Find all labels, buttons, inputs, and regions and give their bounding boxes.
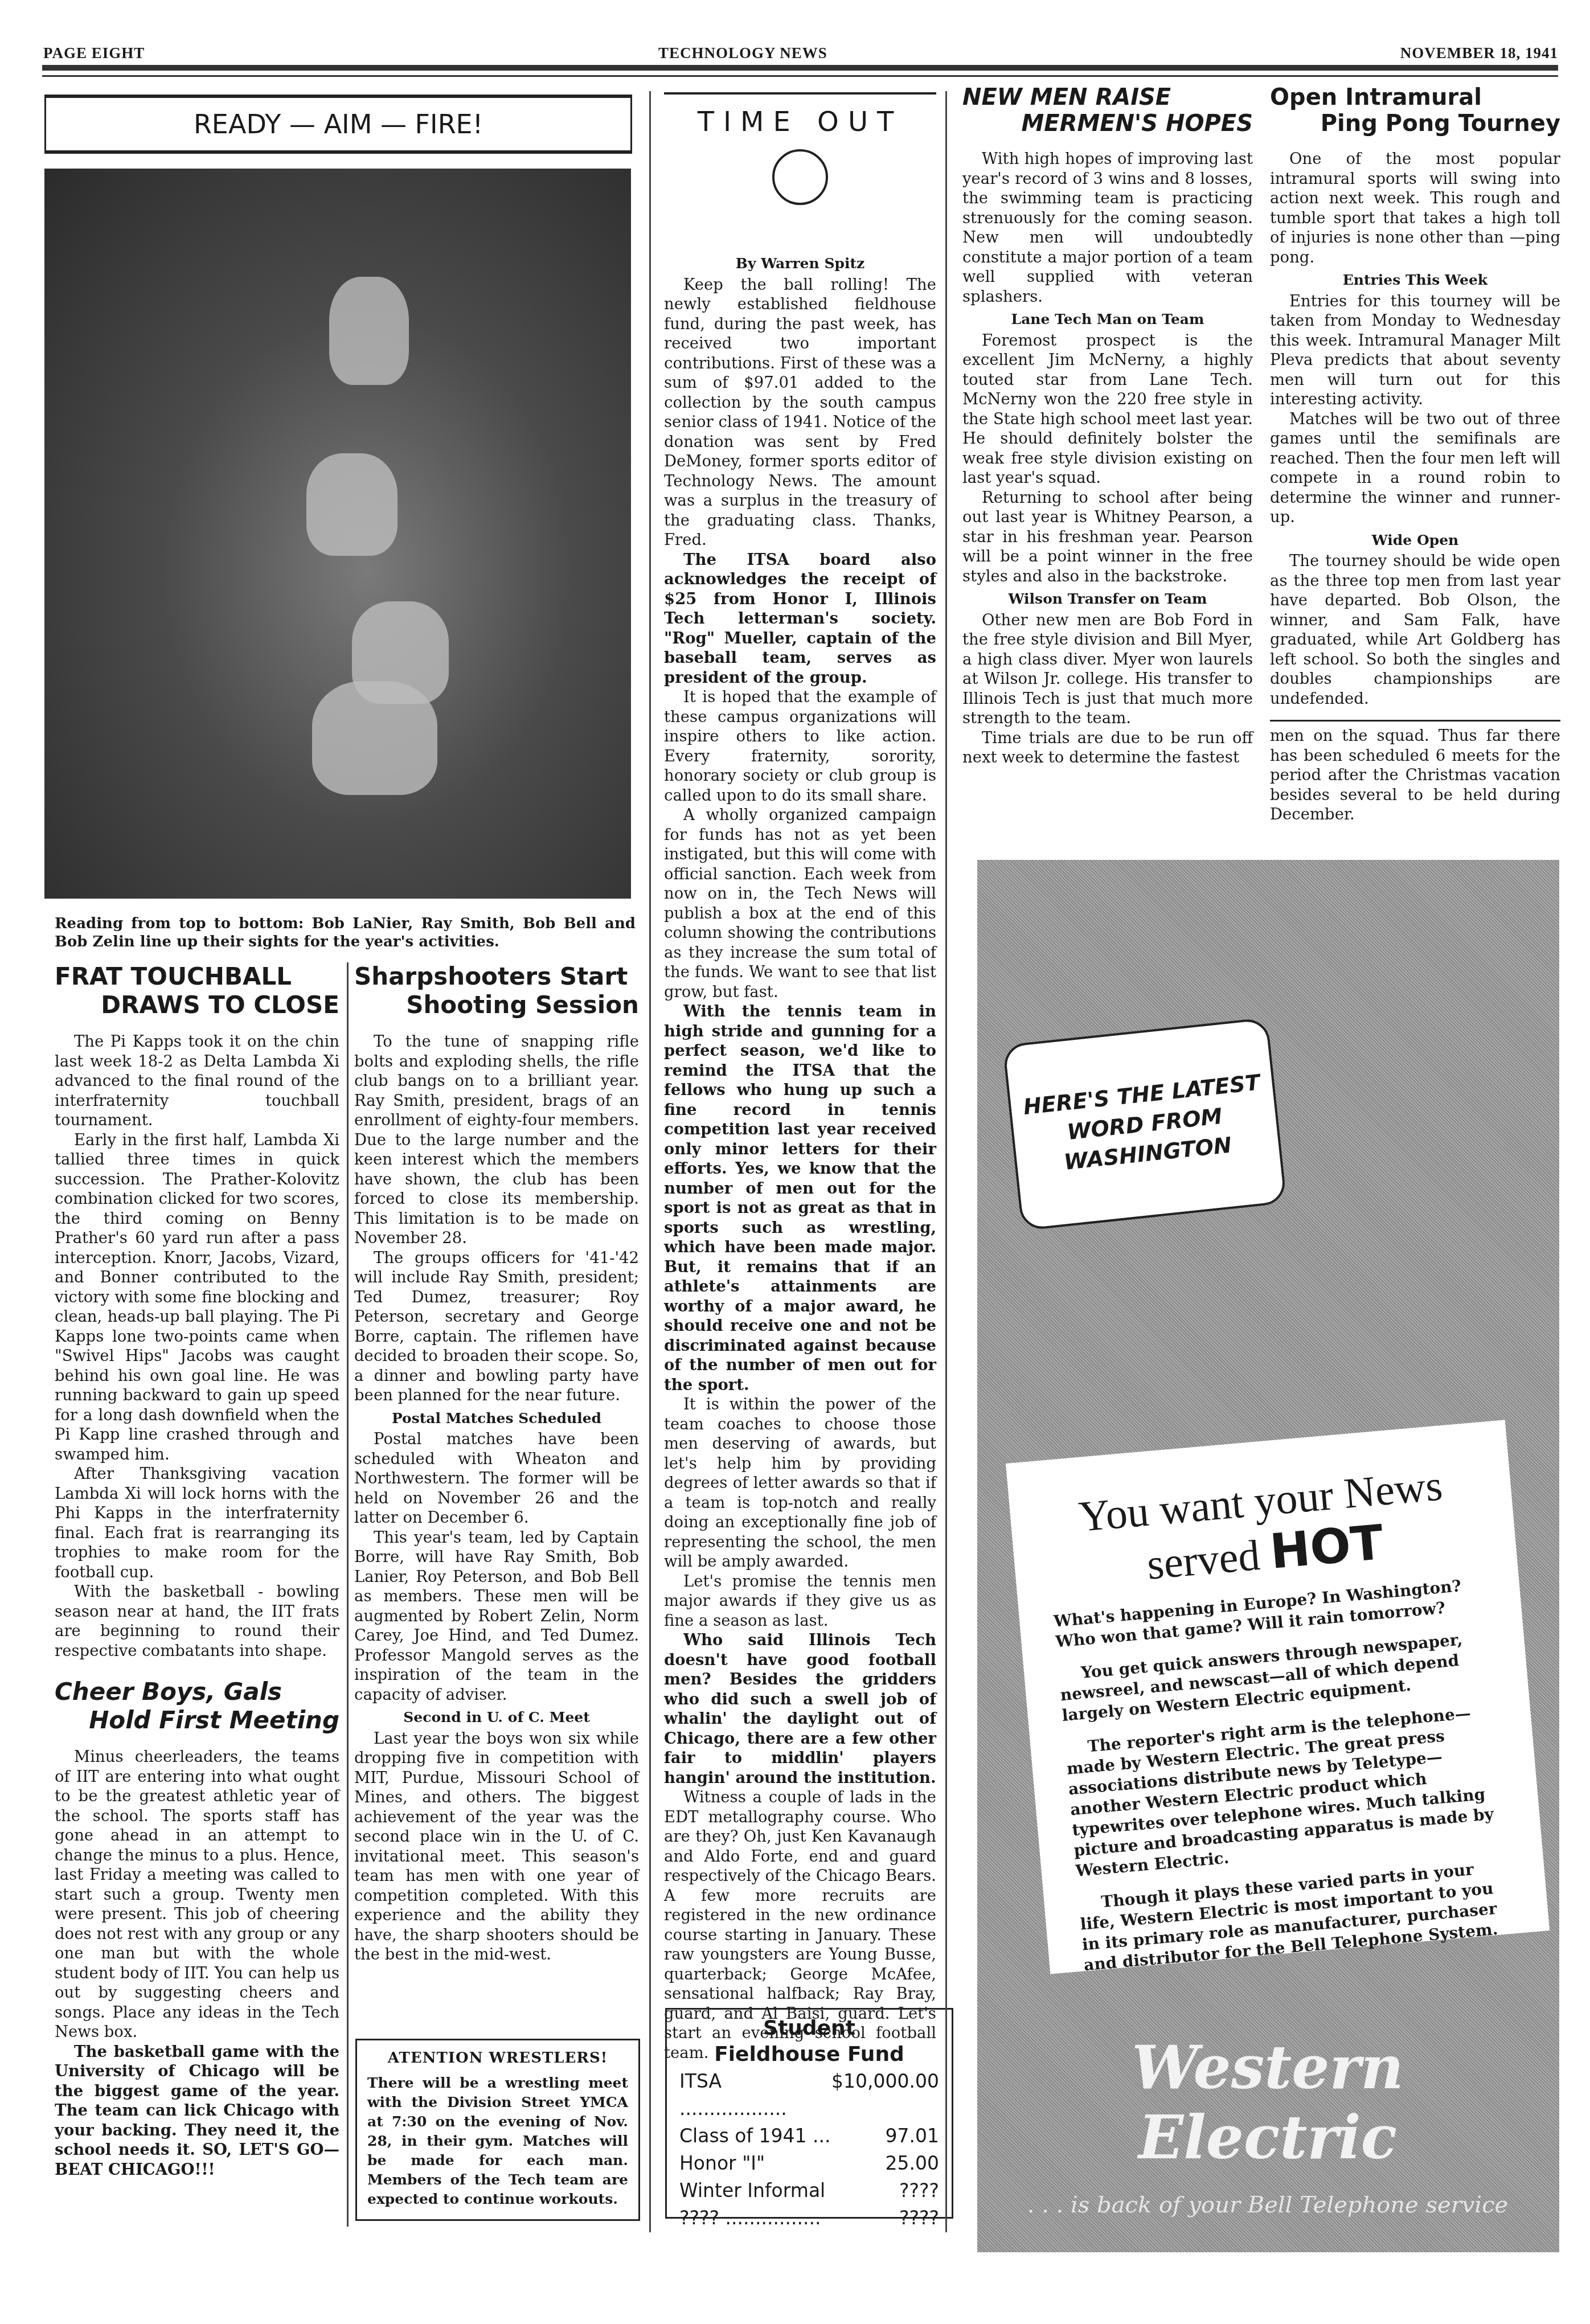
brand-logo: Western Electric [1000, 2032, 1535, 2173]
fund-row: ITSA ..................$10,000.00 [667, 2068, 952, 2122]
headline: NEW MEN RAISE MERMEN'S HOPES [962, 84, 1253, 137]
article-ping-pong: Open Intramural Ping Pong Tourney One of… [1270, 84, 1560, 825]
headline: Sharpshooters Start Shooting Session [354, 962, 639, 1019]
column-time-out: By Warren Spitz Keep the ball rolling! T… [664, 251, 936, 2063]
time-out-header: TIME OUT [664, 92, 936, 254]
masthead: PAGE EIGHT TECHNOLOGY NEWS NOVEMBER 18, … [43, 44, 1558, 67]
headline: Cheer Boys, Gals Hold First Meeting [55, 1678, 339, 1735]
speech-bubble: HERE'S THE LATEST WORD FROM WASHINGTON [1002, 1017, 1287, 1231]
cartoon-basketball-icon [772, 149, 828, 205]
article-mermen: NEW MEN RAISE MERMEN'S HOPES With high h… [962, 84, 1253, 768]
fund-row: Winter Informal???? [667, 2177, 952, 2204]
article-sharpshooters: Sharpshooters Start Shooting Session To … [354, 962, 639, 1965]
column-rule [347, 962, 349, 2227]
paper-name: TECHNOLOGY NEWS [658, 44, 827, 62]
wrestlers-notice: ATENTION WRESTLERS! There will be a wres… [355, 2039, 640, 2221]
fund-row: Class of 1941 ...97.01 [667, 2122, 952, 2150]
ad-copy-card: You want your Newsserved HOT What's happ… [1006, 1420, 1550, 1974]
brand-tagline: . . . is back of your Bell Telephone ser… [1000, 2192, 1535, 2218]
fund-row: Honor "I"25.00 [667, 2150, 952, 2177]
column-rule [945, 91, 947, 2232]
rifle-team-photo [44, 169, 631, 899]
masthead-rule-thin [42, 75, 1558, 77]
page-number: PAGE EIGHT [43, 44, 145, 62]
issue-date: NOVEMBER 18, 1941 [1400, 44, 1558, 62]
western-electric-ad: HERE'S THE LATEST WORD FROM WASHINGTON Y… [977, 860, 1559, 2252]
headline: Open Intramural Ping Pong Tourney [1270, 84, 1560, 137]
photo-caption: Reading from top to bottom: Bob LaNier, … [55, 915, 636, 951]
headline: FRAT TOUCHBALL DRAWS TO CLOSE [55, 962, 339, 1019]
column-rule [649, 91, 651, 2232]
fieldhouse-fund-box: StudentFieldhouse Fund ITSA ............… [665, 2008, 953, 2219]
photo-banner: READY — AIM — FIRE! [44, 95, 632, 154]
fund-row: ???? ................???? [667, 2204, 952, 2232]
article-frat-touchball: FRAT TOUCHBALL DRAWS TO CLOSE The Pi Kap… [55, 962, 339, 2179]
masthead-rule [42, 65, 1558, 71]
